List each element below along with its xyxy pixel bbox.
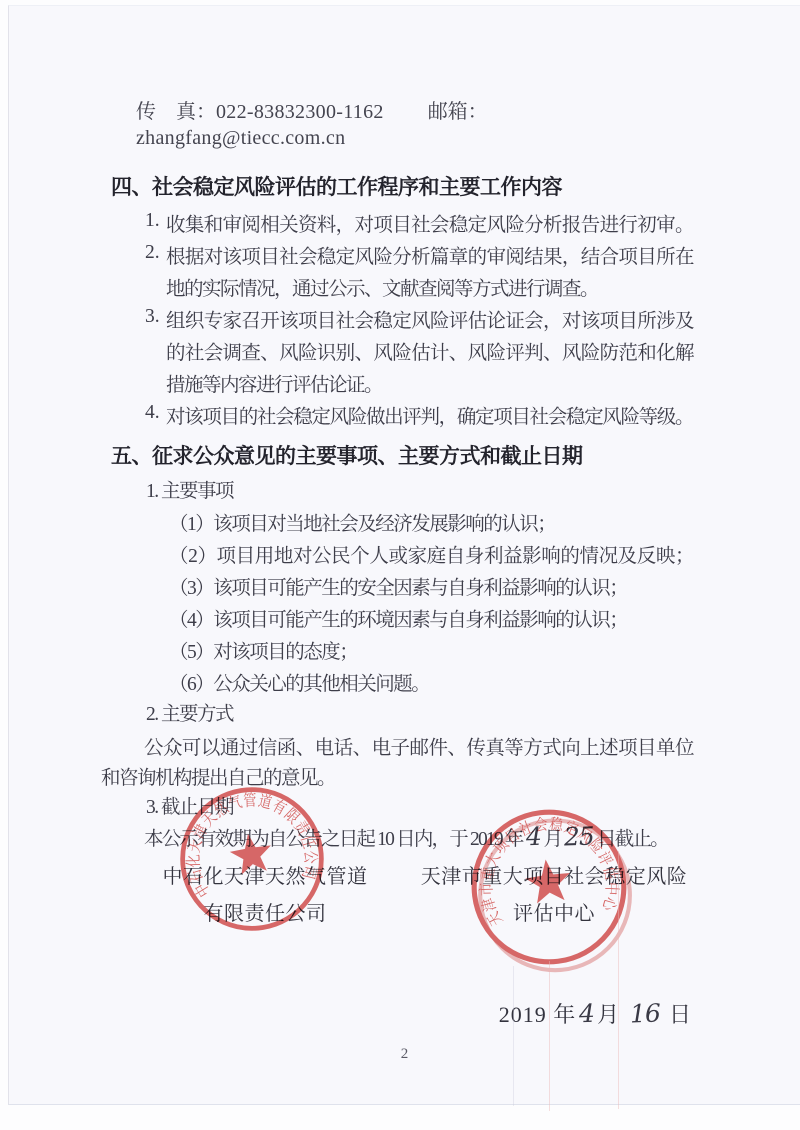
company-seal-left: 中石化天津天然气管道有限责任公司: [165, 772, 339, 946]
matter-item: （2）项目用地对公民个人或家庭自身利益影响的情况及反映；: [169, 541, 693, 573]
document-content: 传 真：022-83832300-1162邮箱：zhangfang@tiecc.…: [101, 6, 693, 855]
item-number: 2.: [145, 242, 160, 264]
matter-item: （3）该项目可能产生的安全因素与自身利益影响的认识；: [169, 573, 693, 605]
list-item: 4. 对该项目的社会稳定风险做出评判，确定项目社会稳定风险等级。: [101, 402, 693, 434]
matter-item: （4）该项目可能产生的环境因素与自身利益影响的认识；: [169, 605, 693, 637]
contact-line: 传 真：022-83832300-1162邮箱：zhangfang@tiecc.…: [136, 99, 693, 151]
sub-item-label: 1. 主要事项: [146, 479, 693, 505]
paragraph-line: 公众可以通过信函、电话、电子邮件、传真等方式向上述项目单位: [101, 734, 693, 764]
item-text: 对该项目的社会稳定风险做出评判，确定项目社会稳定风险等级。: [166, 402, 693, 434]
list-item: 2. 根据对该项目社会稳定风险分析篇章的审阅结果，结合项目所在 地的实际情况，通…: [101, 242, 693, 306]
matter-item: （5）对该项目的态度；: [169, 637, 693, 669]
item-number: 3.: [145, 306, 160, 328]
matters-list: （1）该项目对当地社会及经济发展影响的认识； （2）项目用地对公民个人或家庭自身…: [169, 509, 693, 701]
page-number: 2: [9, 1046, 800, 1063]
section-four-list: 1. 收集和审阅相关资料，对项目社会稳定风险分析报告进行初审。 2. 根据对该项…: [101, 210, 693, 434]
item-text: 组织专家召开该项目社会稳定风险评估论证会，对该项目所涉及: [166, 306, 693, 338]
item-number: 1.: [145, 210, 160, 232]
date-line: 2019 年4月 16 日: [499, 998, 692, 1029]
scan-background: 传 真：022-83832300-1162邮箱：zhangfang@tiecc.…: [0, 0, 800, 1130]
seal-double-strike: [473, 813, 637, 977]
item-number: 4.: [145, 402, 160, 424]
list-item: 3. 组织专家召开该项目社会稳定风险评估论证会，对该项目所涉及 的社会调查、风险…: [101, 306, 693, 402]
item-text: 措施等内容进行评估论证。: [166, 370, 693, 402]
scan-streak: [549, 961, 550, 1111]
fax-value: 022-83832300-1162: [216, 101, 384, 123]
handwritten-month: 4: [579, 999, 595, 1029]
matter-item: （6）公众关心的其他相关问题。: [169, 669, 693, 701]
company-seal-right: 天津市重大项目社会稳定风险评估中心: [458, 796, 641, 979]
item-text: 根据对该项目社会稳定风险分析篇章的审阅结果，结合项目所在: [166, 242, 693, 274]
item-text: 的社会调查、风险识别、风险估计、风险评判、风险防范和化解: [166, 338, 693, 370]
email-value: zhangfang@tiecc.com.cn: [136, 127, 345, 149]
list-item: 1. 收集和审阅相关资料，对项目社会稳定风险分析报告进行初审。: [101, 210, 693, 242]
scan-streak: [618, 851, 619, 1109]
matter-item: （1）该项目对当地社会及经济发展影响的认识；: [169, 509, 693, 541]
item-text: 地的实际情况，通过公示、文献查阅等方式进行调查。: [166, 274, 693, 306]
email-label: 邮箱：: [428, 101, 488, 123]
date-month-unit: 月: [597, 1002, 620, 1027]
date-year: 2019 年: [499, 1002, 577, 1027]
seal-star-icon: [227, 830, 274, 876]
date-day-unit: 日: [669, 1002, 692, 1027]
item-text: 收集和审阅相关资料，对项目社会稳定风险分析报告进行初审。: [166, 210, 693, 242]
methods-paragraph: 公众可以通过信函、电话、电子邮件、传真等方式向上述项目单位 和咨询机构提出自己的…: [101, 734, 693, 794]
handwritten-day: 16: [629, 998, 660, 1028]
section-four-heading: 四、社会稳定风险评估的工作程序和主要工作内容: [111, 175, 693, 200]
scanned-page: 传 真：022-83832300-1162邮箱：zhangfang@tiecc.…: [8, 5, 800, 1105]
sub-item-label: 2. 主要方式: [146, 702, 693, 728]
scan-streak: [513, 966, 514, 1106]
paragraph-line: 和咨询机构提出自己的意见。: [101, 764, 693, 794]
fax-label: 传 真：: [136, 101, 216, 123]
section-five-heading: 五、征求公众意见的主要事项、主要方式和截止日期: [111, 444, 693, 469]
